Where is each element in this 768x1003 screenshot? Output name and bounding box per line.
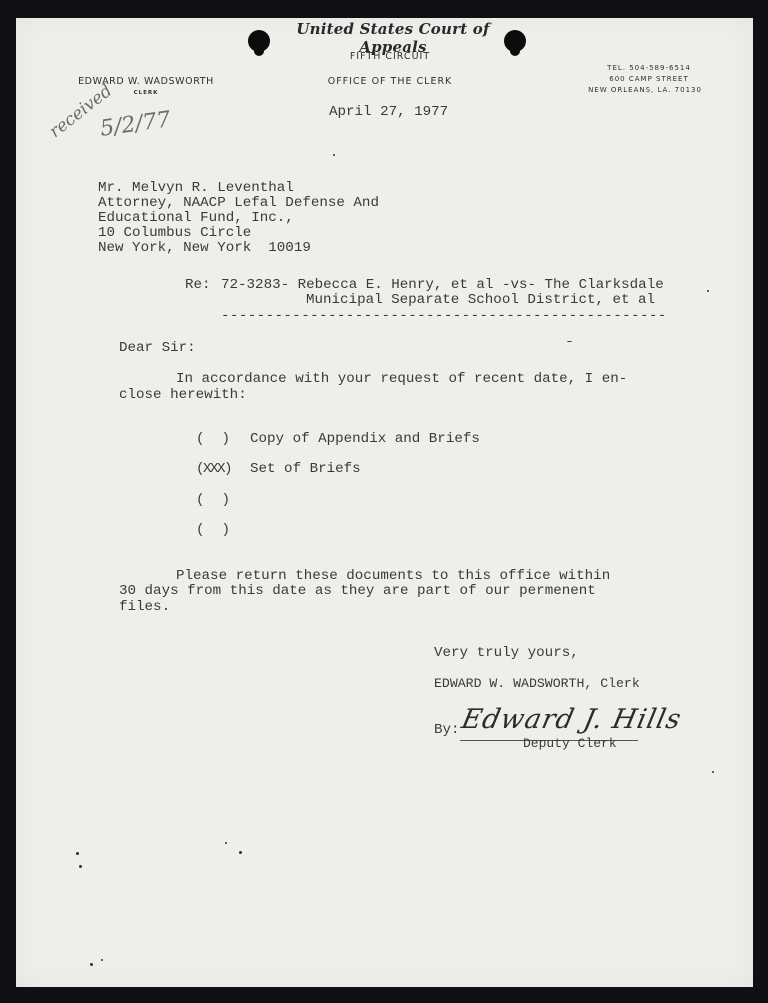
circuit-label: FIFTH CIRCUIT [290,51,490,62]
paper-speck [333,154,335,156]
scanned-document: United States Court of Appeals FIFTH CIR… [0,0,768,1003]
closing-line-2: 30 days from this date as they are part … [119,583,596,600]
paper-speck [707,290,709,292]
letter-date: April 27, 1977 [329,104,448,121]
intro-line-1: In accordance with your request of recen… [176,371,627,388]
signer-title: Deputy Clerk [523,736,617,753]
handwritten-signature: Edward J. Hills [459,704,685,735]
paper-speck [76,852,79,855]
contact-tel: TEL. 504-589-6514 [574,64,724,72]
letter-page [16,18,753,987]
valediction: Very truly yours, [434,645,579,662]
recipient-line: New York, New York 10019 [98,240,311,257]
enclosure-checkbox-checked: (XXX) [196,461,231,478]
contact-street: 600 CAMP STREET [574,75,724,83]
enclosure-checkbox: ( ) [196,431,230,448]
punch-hole-left [248,30,270,52]
paper-speck [239,851,242,854]
paper-speck [712,771,714,773]
paper-speck [90,963,93,966]
reference-label: Re: [185,277,211,294]
intro-line-2: close herewith: [119,387,247,404]
enclosure-checkbox: ( ) [196,522,230,539]
reference-rule: ----------------------------------------… [221,308,667,325]
reference-line-2: Municipal Separate School District, et a… [306,292,655,309]
enclosure-label: Copy of Appendix and Briefs [250,431,480,448]
paper-speck [567,341,572,342]
paper-speck [79,865,82,868]
enclosure-label: Set of Briefs [250,461,361,478]
signer-name: EDWARD W. WADSWORTH, Clerk [434,676,640,693]
clerk-name: EDWARD W. WADSWORTH [66,76,226,87]
closing-line-3: files. [119,599,170,616]
enclosure-checkbox: ( ) [196,492,230,509]
office-label: OFFICE OF THE CLERK [290,76,490,87]
paper-speck [101,959,103,961]
salutation: Dear Sir: [119,340,196,357]
paper-speck [225,842,227,844]
contact-city: NEW ORLEANS, LA. 70130 [570,86,720,94]
by-label: By: [434,722,460,739]
